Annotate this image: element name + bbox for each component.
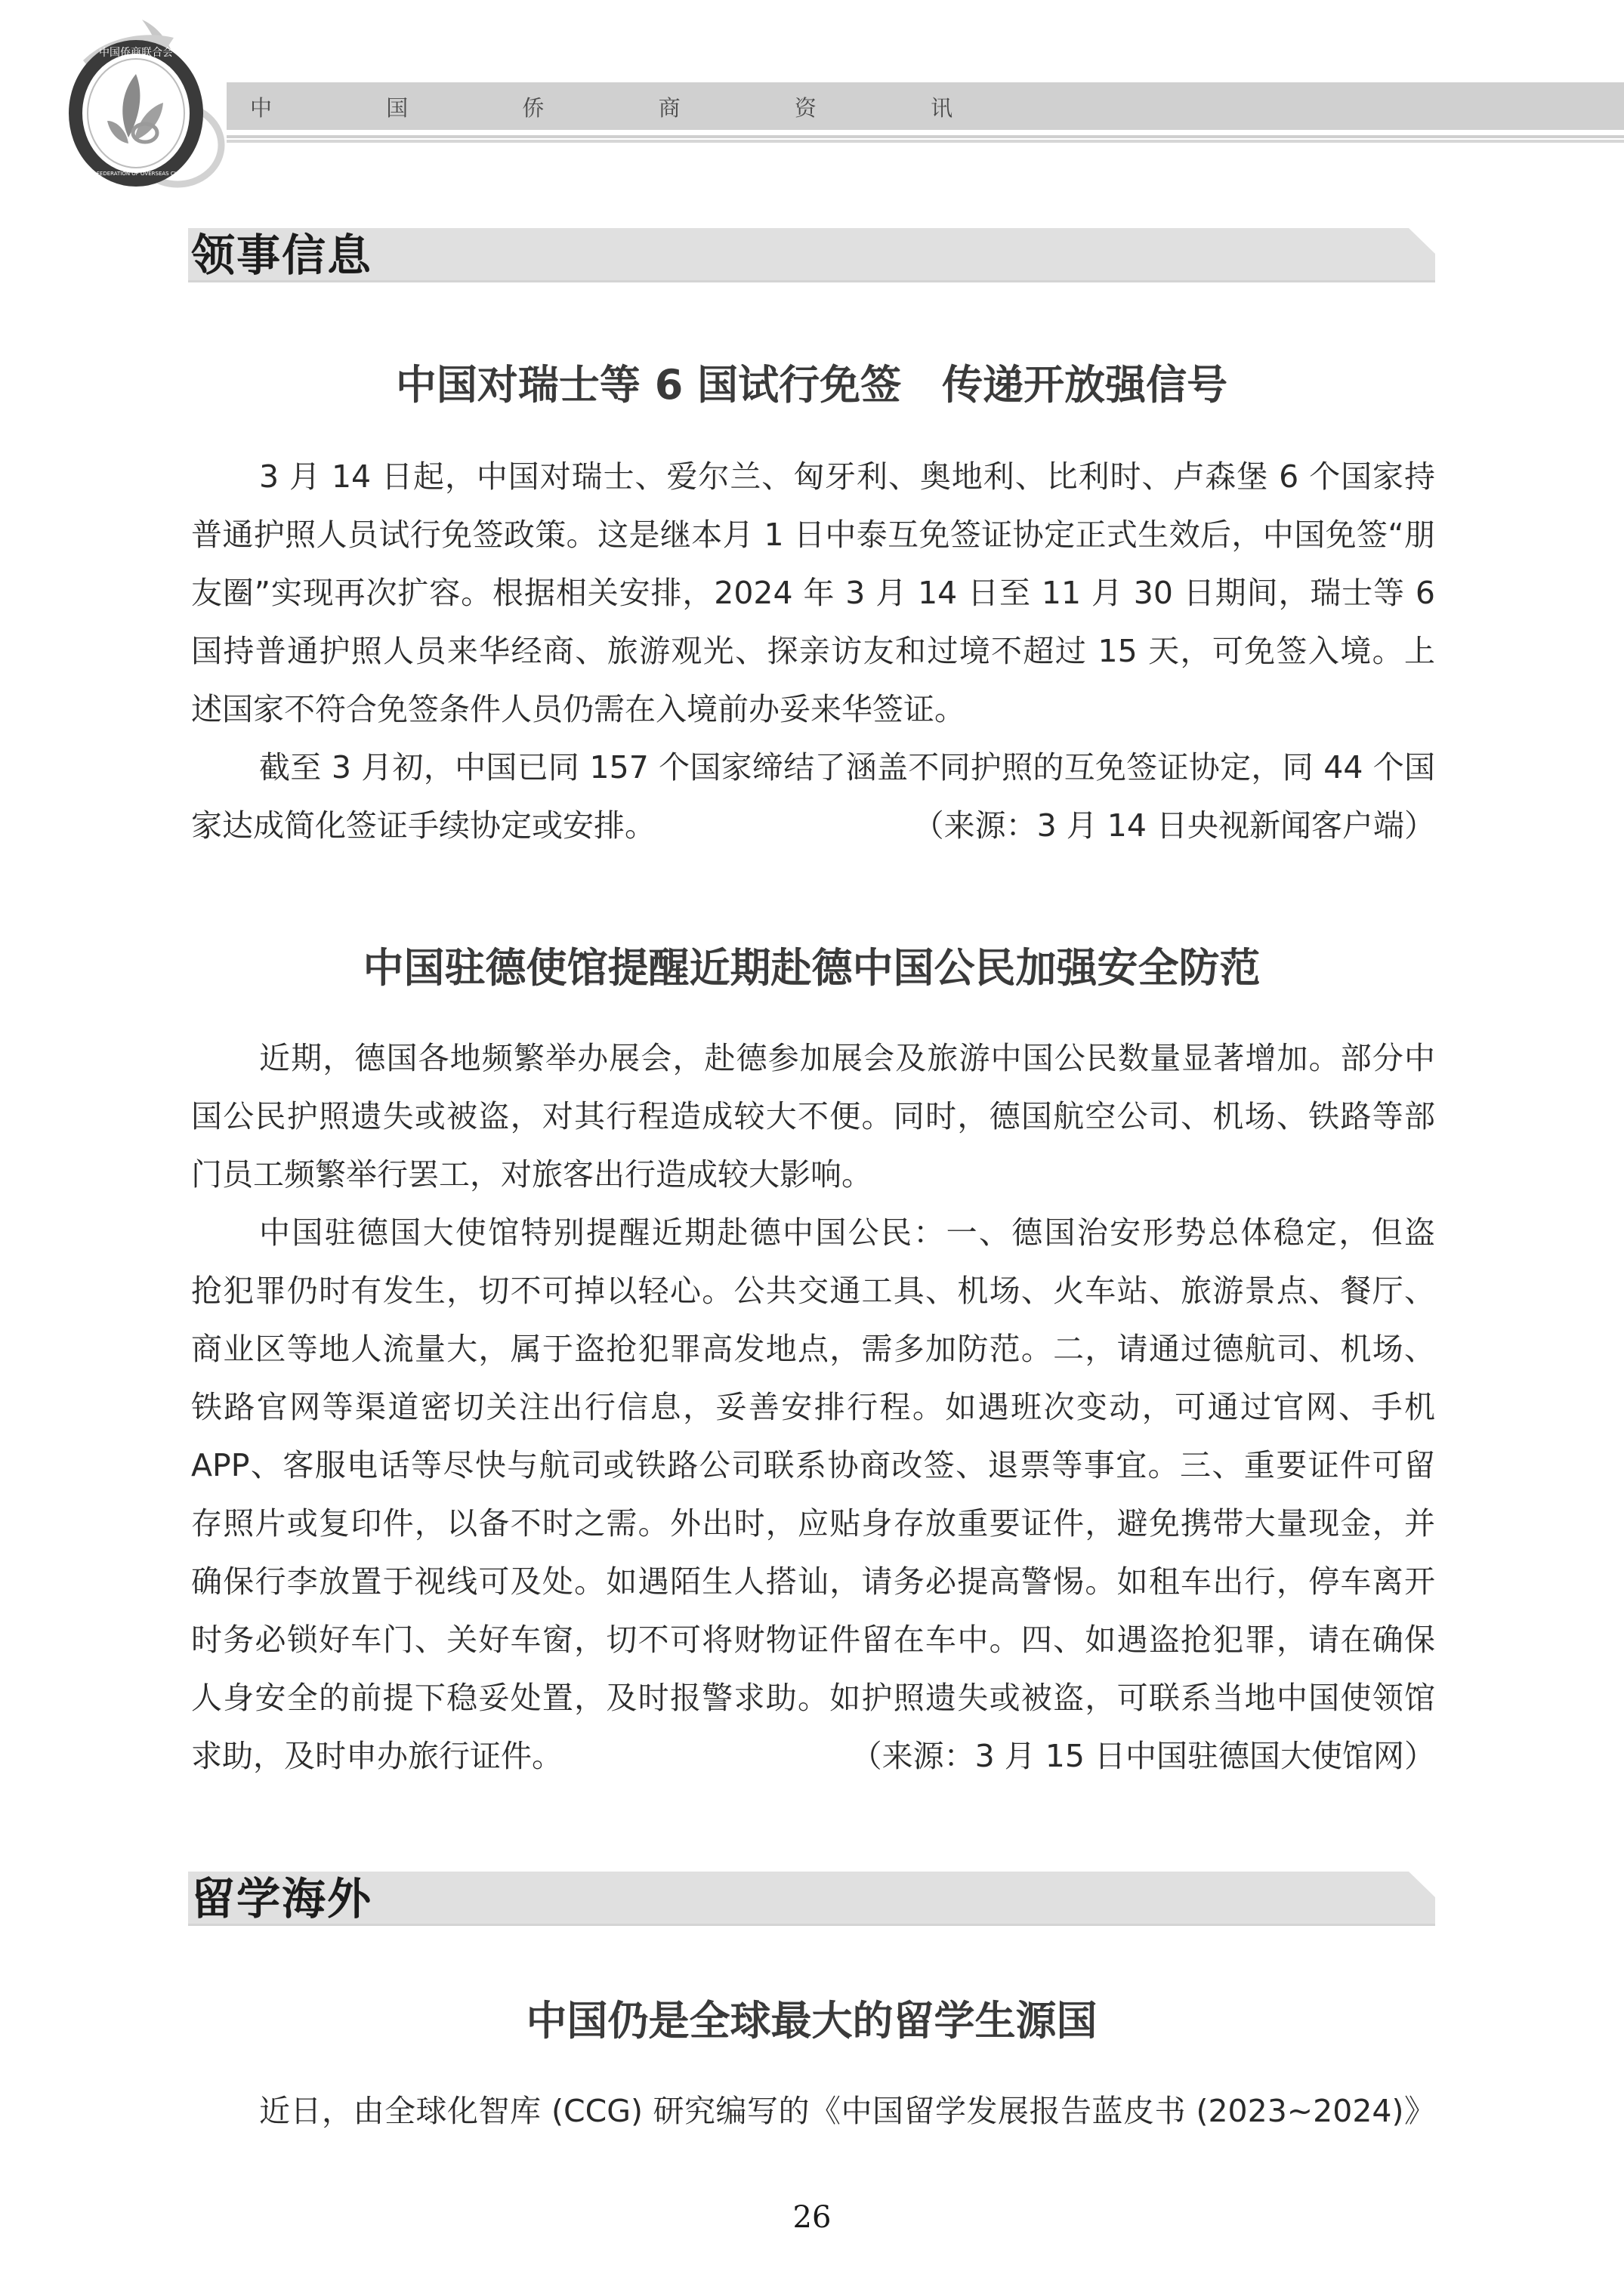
body-line: 人身安全的前提下稳妥处置，及时报警求助。如护照遗失或被盗，可联系当地中国使领馆 — [191, 1679, 1435, 1717]
section-title: 留学海外 — [191, 1873, 372, 1924]
page-number: 26 — [755, 2199, 869, 2236]
body-line: 商业区等地人流量大，属于盗抢犯罪高发地点，需多加防范。二，请通过德航司、机场、 — [191, 1330, 1435, 1368]
body-line: 铁路官网等渠道密切关注出行信息，妥善安排行程。如遇班次变动，可通过官网、手机 — [191, 1388, 1435, 1426]
body-line: 国公民护照遗失或被盗，对其行程造成较大不便。同时，德国航空公司、机场、铁路等部 — [191, 1097, 1435, 1135]
body-line: 家达成简化签证手续协定或安排。 — [191, 807, 656, 844]
publication-title: 中 国 侨 商 资 讯 — [250, 93, 1006, 123]
body-line: 述国家不符合免签条件人员仍需在入境前办妥来华签证。 — [191, 690, 1435, 728]
body-line-with-source: 求助，及时申办旅行证件。 （来源：3 月 15 日中国驻德国大使馆网） — [191, 1737, 1435, 1775]
source-citation: （来源：3 月 14 日央视新闻客户端） — [913, 807, 1435, 844]
body-line: 确保行李放置于视线可及处。如遇陌生人搭讪，请务必提高警惕。如租车出行，停车离开 — [191, 1563, 1435, 1600]
svg-text:中国侨商联合会: 中国侨商联合会 — [99, 46, 173, 59]
section-header-study-abroad: 留学海外 — [188, 1872, 1435, 1926]
body-line: 国持普通护照人员来华经商、旅游观光、探亲访友和过境不超过 15 天，可免签入境。… — [191, 632, 1435, 670]
body-line: 普通护照人员试行免签政策。这是继本月 1 日中泰互免签证协定正式生效后，中国免签… — [191, 516, 1435, 554]
body-line: 近期，德国各地频繁举办展会，赴德参加展会及旅游中国公民数量显著增加。部分中 — [259, 1039, 1435, 1077]
body-line: APP、客服电话等尽快与航司或铁路公司联系协商改签、退票等事宜。三、重要证件可留 — [191, 1446, 1435, 1484]
source-citation: （来源：3 月 15 日中国驻德国大使馆网） — [851, 1737, 1435, 1775]
article-title: 中国仍是全球最大的留学生源国 — [188, 1997, 1435, 2045]
header-rule — [227, 140, 1624, 143]
article-title: 中国驻德使馆提醒近期赴德中国公民加强安全防范 — [188, 944, 1435, 992]
body-line: 截至 3 月初，中国已同 157 个国家缔结了涵盖不同护照的互免签证协定，同 4… — [259, 748, 1435, 786]
body-line: 求助，及时申办旅行证件。 — [191, 1737, 563, 1775]
body-line: 近日，由全球化智库 (CCG) 研究编写的《中国留学发展报告蓝皮书 (2023~… — [259, 2092, 1435, 2130]
body-line: 时务必锁好车门、关好车窗，切不可将财物证件留在车中。四、如遇盗抢犯罪，请在确保 — [191, 1621, 1435, 1659]
federation-emblem-icon: 中国侨商联合会 CHINA FEDERATION OF OVERSEAS CHI… — [53, 8, 257, 189]
body-line: 友圈”实现再次扩容。根据相关安排，2024 年 3 月 14 日至 11 月 3… — [191, 574, 1435, 612]
body-line: 中国驻德国大使馆特别提醒近期赴德中国公民：一、德国治安形势总体稳定，但盗 — [259, 1214, 1435, 1251]
body-line: 3 月 14 日起，中国对瑞士、爱尔兰、匈牙利、奥地利、比利时、卢森堡 6 个国… — [259, 458, 1435, 495]
section-header-consular: 领事信息 — [188, 228, 1435, 282]
header-rule — [227, 135, 1624, 138]
body-line: 门员工频繁举行罢工，对旅客出行造成较大影响。 — [191, 1156, 1435, 1193]
body-line-with-source: 家达成简化签证手续协定或安排。 （来源：3 月 14 日央视新闻客户端） — [191, 807, 1435, 844]
article-title: 中国对瑞士等 6 国试行免签 传递开放强信号 — [188, 361, 1435, 409]
body-line: 存照片或复印件，以备不时之需。外出时，应贴身存放重要证件，避免携带大量现金，并 — [191, 1504, 1435, 1542]
body-line: 抢犯罪仍时有发生，切不可掉以轻心。公共交通工具、机场、火车站、旅游景点、餐厅、 — [191, 1272, 1435, 1310]
section-title: 领事信息 — [191, 230, 372, 281]
svg-text:CHINA FEDERATION OF OVERSEAS C: CHINA FEDERATION OF OVERSEAS CHINESE — [78, 171, 193, 177]
